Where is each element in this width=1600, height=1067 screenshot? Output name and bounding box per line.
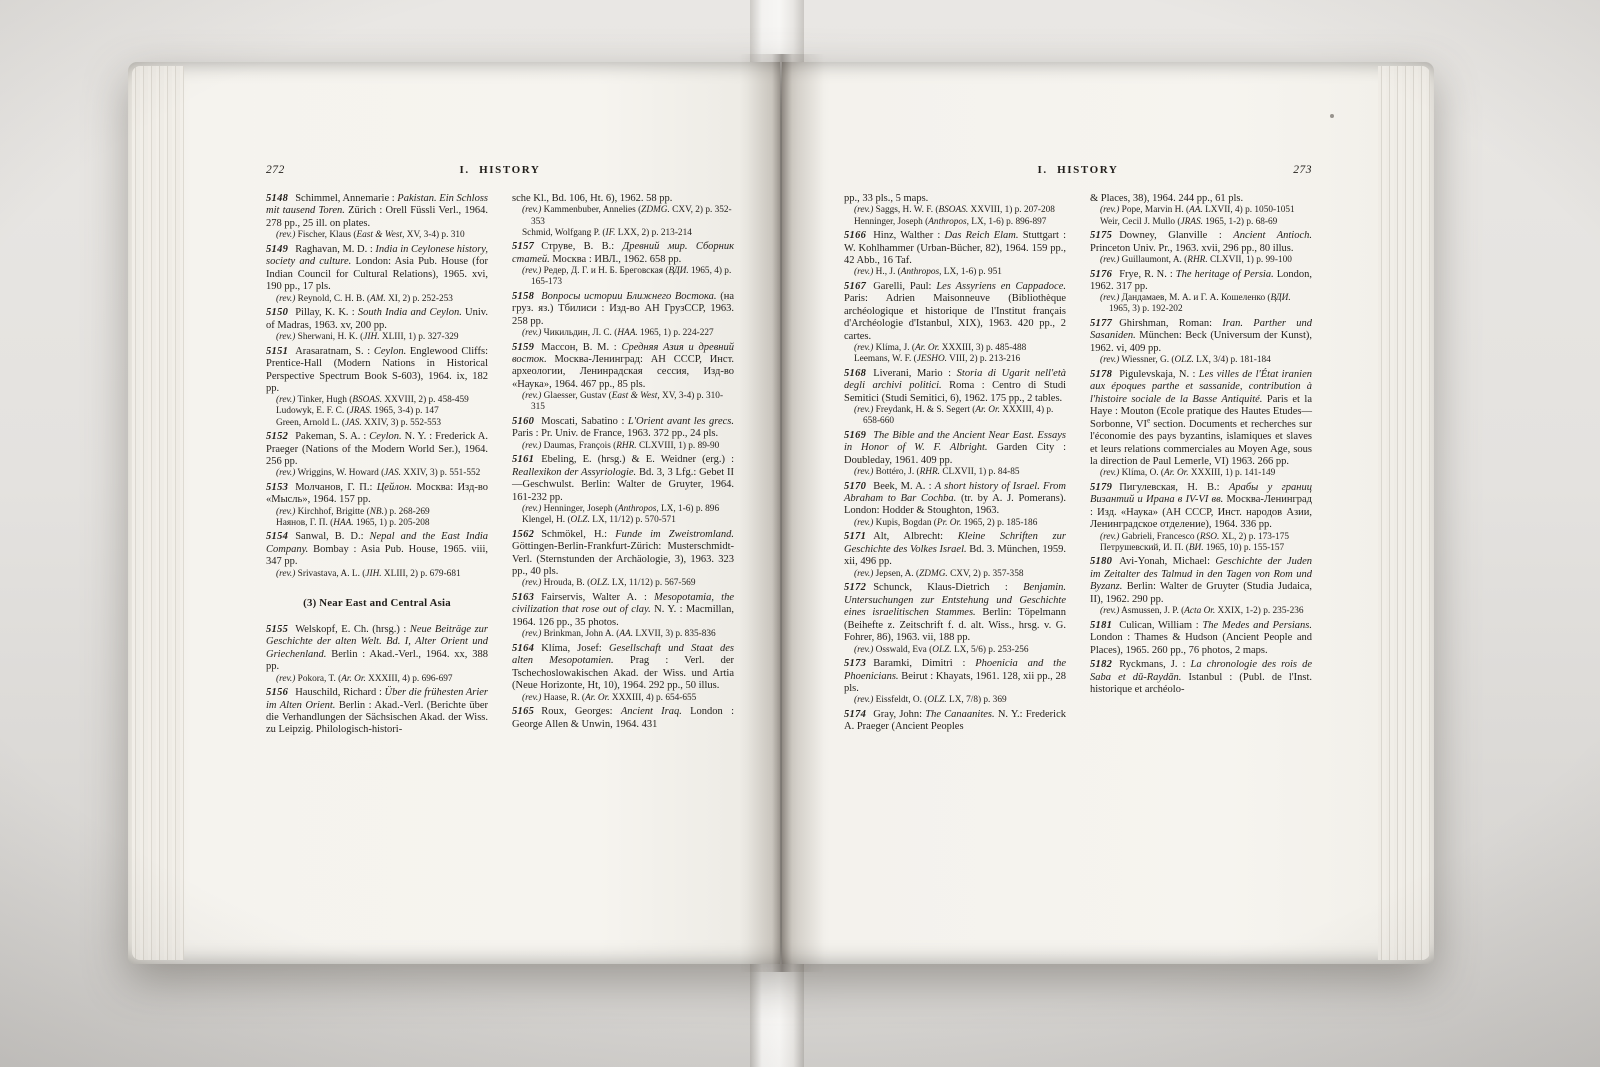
entry-body: 5172Schunck, Klaus-Dietrich : Benjamin. … <box>844 582 1066 644</box>
review-line: (rev.) Tinker, Hugh (BSOAS. XXVIII, 2) p… <box>266 395 488 406</box>
text-segment: Молчанов, Г. П.: <box>295 482 377 493</box>
entry-number: 5156 <box>266 687 288 698</box>
entry-body: 5176Frye, R. N. : The heritage of Persia… <box>1090 269 1312 294</box>
italic-text: Ancient Antioch. <box>1233 230 1312 241</box>
bibliography-entry: 5170Beek, M. A. : A short history of Isr… <box>844 481 1066 529</box>
bibliography-entry: 5165Roux, Georges: Ancient Iraq. London … <box>512 706 734 731</box>
text-segment: Wriggins, W. Howard ( <box>295 468 384 478</box>
text-segment: Массон, В. М. : <box>541 342 621 353</box>
column-272-2: sche Kl., Bd. 106, Ht. 6), 1962. 58 pp.(… <box>512 193 734 739</box>
page-272-content: 272 I. HISTORY 5148Schimmel, Annemarie :… <box>266 164 734 739</box>
text-segment: Струве, В. В.: <box>541 241 622 252</box>
entry-body: 5167Garelli, Paul: Les Assyriens en Capp… <box>844 281 1066 343</box>
text-segment: pp., 33 pls., 5 maps. <box>844 193 928 204</box>
text-segment: Sanwal, B. D.: <box>295 531 369 542</box>
entry-number: 5182 <box>1090 659 1112 670</box>
running-head-row-left: 272 I. HISTORY <box>266 164 734 176</box>
text-segment: Arasaratnam, S. : <box>295 346 374 357</box>
review-line: (rev.) Klíma, J. (Ar. Or. XXXIII, 3) p. … <box>844 343 1066 354</box>
text-segment: Jepsen, A. ( <box>873 569 919 579</box>
text-segment: Петрушевский, И. П. ( <box>1100 543 1189 553</box>
bibliography-entry: 5148Schimmel, Annemarie : Pakistan. Ein … <box>266 193 488 241</box>
text-segment: , XV, 3-4) p. 310 <box>402 230 465 240</box>
text-segment: Glaesser, Gustav ( <box>541 391 611 401</box>
italic-text: RSO. <box>1200 532 1219 542</box>
text-segment: Pigulevskaja, N. : <box>1119 369 1199 380</box>
text-segment: Schmökel, H.: <box>541 529 615 540</box>
text-segment: H., J. ( <box>873 267 900 277</box>
italic-text: ZDMG. <box>641 205 670 215</box>
text-segment: Kirchhof, Brigitte ( <box>295 507 369 517</box>
italic-text: Ar. Or. <box>585 693 610 703</box>
text-segment: 1965, 2) p. 185-186 <box>961 518 1037 528</box>
review-line: (rev.) Asmussen, J. P. (Acta Or. XXIX, 1… <box>1090 606 1312 617</box>
text-segment: Welskopf, E. Ch. (hrsg.) : <box>295 624 410 635</box>
text-segment: XXIV, 3) p. 552-553 <box>362 418 441 428</box>
review-line: (rev.) Pope, Marvin H. (AA. LXVII, 4) p.… <box>1090 205 1312 216</box>
text-segment: Hrouda, B. ( <box>541 578 590 588</box>
entry-body: 5155Welskopf, E. Ch. (hrsg.) : Neue Beit… <box>266 624 488 674</box>
italic-text: AM. <box>370 294 386 304</box>
italic-text: (rev.) <box>854 405 873 415</box>
entry-body: 5166Hinz, Walther : Das Reich Elam. Stut… <box>844 230 1066 267</box>
text-segment: Henninger, Joseph ( <box>541 504 618 514</box>
text-segment: Brinkman, John A. ( <box>541 629 619 639</box>
italic-text: RHR. <box>1187 255 1207 265</box>
text-segment: sche Kl., Bd. 106, Ht. 6), 1962. 58 pp. <box>512 193 672 204</box>
bibliography-entry: 5175Downey, Glanville : Ancient Antioch.… <box>1090 230 1312 266</box>
text-segment: Wiessner, G. ( <box>1119 355 1174 365</box>
italic-text: (rev.) <box>522 266 541 276</box>
text-segment: Roux, Georges: <box>541 706 621 717</box>
italic-text: (rev.) <box>854 343 873 353</box>
text-segment: Avi-Yonah, Michael: <box>1119 556 1215 567</box>
italic-text: OLZ. <box>590 578 609 588</box>
entry-number: 5180 <box>1090 556 1112 567</box>
text-segment: 1965, 1-2) p. 68-69 <box>1203 217 1277 227</box>
italic-text: (rev.) <box>1100 293 1119 303</box>
text-segment: Garelli, Paul: <box>873 281 936 292</box>
section-heading: (3) Near East and Central Asia <box>266 597 488 609</box>
entry-number: 5174 <box>844 709 866 720</box>
review-line: Weir, Cecil J. Mullo (JRAS. 1965, 1-2) p… <box>1090 217 1312 228</box>
entry-number: 5177 <box>1090 318 1112 329</box>
page-273: I. HISTORY 273 pp., 33 pls., 5 maps.(rev… <box>782 62 1434 964</box>
text-segment: Kupis, Bogdan ( <box>873 518 937 528</box>
review-line: Schmid, Wolfgang P. (IF. LXX, 2) p. 213-… <box>512 228 734 239</box>
review-line: (rev.) Saggs, H. W. F. (BSOAS. XXVIII, 1… <box>844 205 1066 216</box>
review-line: (rev.) Редер, Д. Г. и Н. Б. Бреговская (… <box>512 266 734 288</box>
entry-number: 5150 <box>266 307 288 318</box>
entry-body: 5159Массон, В. М. : Средняя Азия и древн… <box>512 342 734 392</box>
page-edges-left <box>132 66 184 960</box>
text-segment: XL, 2) p. 173-175 <box>1219 532 1289 542</box>
text-segment: XXIV, 3) p. 551-552 <box>401 468 480 478</box>
review-line: (rev.) Daumas, François (RHR. CLXVIII, 1… <box>512 441 734 452</box>
italic-text: Ar. Or. <box>1164 468 1189 478</box>
text-segment: LXVII, 4) p. 1050-1051 <box>1203 205 1295 215</box>
text-segment: LX, 11/12) p. 567-569 <box>610 578 696 588</box>
review-line: (rev.) Klíma, O. (Ar. Or. XXXIII, 1) p. … <box>1090 468 1312 479</box>
entry-body: 5178Pigulevskaja, N. : Les villes de l'É… <box>1090 369 1312 469</box>
page-number-left: 272 <box>266 164 336 176</box>
italic-text: JAS. <box>345 418 362 428</box>
italic-text: (rev.) <box>1100 205 1119 215</box>
review-line: Klengel, H. (OLZ. LX, 11/12) p. 570-571 <box>512 515 734 526</box>
entry-number: 5159 <box>512 342 534 353</box>
text-segment: Bottéro, J. ( <box>873 467 919 477</box>
review-line: (rev.) Glaesser, Gustav (East & West, XV… <box>512 391 734 413</box>
italic-text: (rev.) <box>276 395 295 405</box>
entry-body: 5160Moscati, Sabatino : L'Orient avant l… <box>512 416 734 441</box>
text-segment: Gabrieli, Francesco ( <box>1119 532 1200 542</box>
italic-text: Вопросы истории Ближнего Востока. <box>541 291 716 302</box>
bibliography-entry: 5174Gray, John: The Canaanites. N. Y.: F… <box>844 709 1066 734</box>
text-segment: XXXIII, 4) p. 654-655 <box>610 693 697 703</box>
text-segment: Fairservis, Walter A. : <box>541 592 654 603</box>
italic-text: ВДИ. <box>1271 293 1291 303</box>
entry-body: 5180Avi-Yonah, Michael: Geschichte der J… <box>1090 556 1312 606</box>
review-line: Leemans, W. F. (JESHO. VIII, 2) p. 213-2… <box>844 354 1066 365</box>
text-segment: Редер, Д. Г. и Н. Б. Бреговская ( <box>541 266 668 276</box>
bibliography-entry: 5158Вопросы истории Ближнего Востока. (н… <box>512 291 734 339</box>
entry-number: 5151 <box>266 346 288 357</box>
review-line: Наянов, Г. П. (НАА. 1965, 1) p. 205-208 <box>266 518 488 529</box>
italic-text: RHR. <box>920 467 940 477</box>
text-segment: Berlin: Walter de Gruyter (Studia Judaic… <box>1090 581 1312 604</box>
review-line: (rev.) Henninger, Joseph (Anthropos, LX,… <box>512 504 734 515</box>
text-segment: Beek, M. A. : <box>873 481 935 492</box>
entry-body: 5149Raghavan, M. D. : India in Ceylonese… <box>266 244 488 294</box>
review-line: (rev.) Pokora, T. (Ar. Or. XXXIII, 4) p.… <box>266 674 488 685</box>
text-segment: LX, 5/6) p. 253-256 <box>952 645 1029 655</box>
text-segment: XXXIII, 1) p. 141-149 <box>1189 468 1276 478</box>
text-segment: Fischer, Klaus ( <box>295 230 356 240</box>
text-segment: Raghavan, M. D. : <box>295 244 375 255</box>
text-segment: XXXIII, 3) p. 485-488 <box>939 343 1026 353</box>
text-segment: Hinz, Walther : <box>873 230 944 241</box>
bibliography-entry: 5150Pillay, K. K. : South India and Ceyl… <box>266 307 488 343</box>
text-segment: London : Thames & Hudson (Ancient People… <box>1090 632 1312 655</box>
bibliography-entry-continuation: & Places, 38), 1964. 244 pp., 61 pls.(re… <box>1090 193 1312 228</box>
italic-text: BSOAS. <box>938 205 968 215</box>
italic-text: (rev.) <box>276 507 295 517</box>
text-segment: Schunck, Klaus-Dietrich : <box>873 582 1023 593</box>
italic-text: Anthropos <box>618 504 656 514</box>
italic-text: AA. <box>619 629 633 639</box>
bibliography-entry: 5160Moscati, Sabatino : L'Orient avant l… <box>512 416 734 452</box>
entry-number: 5164 <box>512 643 534 654</box>
entry-number: 5154 <box>266 531 288 542</box>
italic-text: The heritage of Persia. <box>1176 269 1274 280</box>
text-segment: Downey, Glanville : <box>1119 230 1233 241</box>
bibliography-entry: 5156Hauschild, Richard : Über die frühes… <box>266 687 488 737</box>
entry-number: 5166 <box>844 230 866 241</box>
italic-text: JAS. <box>384 468 401 478</box>
bibliography-entry-continuation: pp., 33 pls., 5 maps.(rev.) Saggs, H. W.… <box>844 193 1066 228</box>
italic-text: JRAS. <box>1180 217 1202 227</box>
bibliography-entry: 5180Avi-Yonah, Michael: Geschichte der J… <box>1090 556 1312 617</box>
bibliography-entry-continuation: sche Kl., Bd. 106, Ht. 6), 1962. 58 pp.(… <box>512 193 734 239</box>
text-segment: Pokora, T. ( <box>295 674 341 684</box>
italic-text: OLZ. <box>1174 355 1193 365</box>
dust-speck <box>1330 114 1334 118</box>
entry-number: 5158 <box>512 291 534 302</box>
bibliography-entry: 5167Garelli, Paul: Les Assyriens en Capp… <box>844 281 1066 365</box>
entry-body: 5156Hauschild, Richard : Über die frühes… <box>266 687 488 737</box>
bibliography-entry: 5169The Bible and the Ancient Near East.… <box>844 430 1066 478</box>
entry-number: 5148 <box>266 193 288 204</box>
italic-text: (rev.) <box>1100 355 1119 365</box>
entry-body: 5148Schimmel, Annemarie : Pakistan. Ein … <box>266 193 488 230</box>
entry-number: 1562 <box>512 529 534 540</box>
text-segment: 1965, 1) p. 205-208 <box>354 518 430 528</box>
text-segment: XXIX, 1-2) p. 235-236 <box>1215 606 1303 616</box>
bibliography-entry: 5171Alt, Albrecht: Kleine Schriften zur … <box>844 531 1066 579</box>
italic-text: Anthropos <box>901 267 939 277</box>
text-segment: Eissfeldt, O. ( <box>873 695 927 705</box>
italic-text: The Medes and Persians. <box>1202 620 1312 631</box>
italic-text: NB. <box>370 507 384 517</box>
italic-text: Les Assyriens en Cappadoce. <box>936 281 1066 292</box>
text-segment: LX, 7/8) p. 369 <box>947 695 1007 705</box>
text-segment: , LX, 1-6) p. 951 <box>939 267 1002 277</box>
bibliography-entry: 5173Baramki, Dimitri : Phoenicia and the… <box>844 658 1066 706</box>
open-book: 272 I. HISTORY 5148Schimmel, Annemarie :… <box>128 54 1434 972</box>
entry-number: 5181 <box>1090 620 1112 631</box>
entry-number: 5160 <box>512 416 534 427</box>
text-segment: Srivastava, A. L. ( <box>295 569 365 579</box>
italic-text: Reallexikon der Assyriologie. <box>512 467 636 478</box>
bibliography-entry: 5157Струве, В. В.: Древний мир. Сборник … <box>512 241 734 288</box>
text-segment: XXVIII, 1) p. 207-208 <box>968 205 1055 215</box>
entry-body: 5181Culican, William : The Medes and Per… <box>1090 620 1312 657</box>
text-segment: Osswald, Eva ( <box>873 645 932 655</box>
italic-text: OLZ. <box>571 515 590 525</box>
text-segment: & Places, 38), 1964. 244 pp., 61 pls. <box>1090 193 1243 204</box>
text-segment: CLXVIII, 1) p. 89-90 <box>637 441 720 451</box>
text-segment: Leemans, W. F. ( <box>854 354 917 364</box>
bibliography-entry: 5176Frye, R. N. : The heritage of Persia… <box>1090 269 1312 316</box>
text-segment: Alt, Albrecht: <box>873 531 958 542</box>
italic-text: ВИ. <box>1189 543 1204 553</box>
entry-number: 5179 <box>1090 482 1112 493</box>
page-edges-right <box>1378 66 1430 960</box>
italic-text: Ar. Or. <box>341 674 366 684</box>
text-segment: Liverani, Mario : <box>873 368 956 379</box>
italic-text: Acta Or. <box>1184 606 1215 616</box>
italic-text: (rev.) <box>276 230 295 240</box>
entry-body: 5177Ghirshman, Roman: Iran. Parther und … <box>1090 318 1312 355</box>
entry-body: 5154Sanwal, B. D.: Nepal and the East In… <box>266 531 488 568</box>
text-columns-left-page: 5148Schimmel, Annemarie : Pakistan. Ein … <box>266 193 734 739</box>
text-segment: CLXVII, 1) p. 84-85 <box>940 467 1020 477</box>
text-segment: (3) Near East and Central Asia <box>303 597 451 609</box>
text-segment: Hauschild, Richard : <box>295 687 384 698</box>
italic-text: (rev.) <box>276 468 295 478</box>
italic-text: Ceylon. <box>374 346 406 357</box>
entry-body: 1562Schmökel, H.: Funde im Zweistromland… <box>512 529 734 579</box>
italic-text: (rev.) <box>276 674 295 684</box>
entry-number: 5157 <box>512 241 534 252</box>
text-segment: , LX, 1-6) p. 896 <box>656 504 719 514</box>
review-line: (rev.) H., J. (Anthropos, LX, 1-6) p. 95… <box>844 267 1066 278</box>
italic-text: The Canaanites. <box>925 709 994 720</box>
bibliography-entry: 5168Liverani, Mario : Storia di Ugarit n… <box>844 368 1066 427</box>
entry-number: 5175 <box>1090 230 1112 241</box>
italic-text: Цейлон. <box>377 482 412 493</box>
review-line: Ludowyk, E. F. C. (JRAS. 1965, 3-4) p. 1… <box>266 406 488 417</box>
italic-text: Ceylon. <box>369 431 401 442</box>
italic-text: НАА. <box>617 328 637 338</box>
review-line: (rev.) Fischer, Klaus (East & West, XV, … <box>266 230 488 241</box>
review-line: (rev.) Sherwani, H. K. (JIH. XLIII, 1) p… <box>266 332 488 343</box>
review-line: (rev.) Hrouda, B. (OLZ. LX, 11/12) p. 56… <box>512 578 734 589</box>
entry-number: 5176 <box>1090 269 1112 280</box>
text-segment: 1965, 3) p. 192-202 <box>1109 304 1183 314</box>
italic-text: (rev.) <box>276 294 295 304</box>
review-line: (rev.) Guillaumont, A. (RHR. CLXVII, 1) … <box>1090 255 1312 266</box>
photo-backdrop: 272 I. HISTORY 5148Schimmel, Annemarie :… <box>0 0 1600 1067</box>
text-segment: XLIII, 1) p. 327-329 <box>380 332 459 342</box>
bibliography-entry: 5153Молчанов, Г. П.: Цейлон. Москва: Изд… <box>266 482 488 529</box>
entry-number: 5170 <box>844 481 866 492</box>
text-segment: Weir, Cecil J. Mullo ( <box>1100 217 1180 227</box>
page-number-right: 273 <box>1242 164 1312 176</box>
text-segment: Schmid, Wolfgang P. ( <box>522 228 606 238</box>
italic-text: (rev.) <box>854 267 873 277</box>
entry-body: 5173Baramki, Dimitri : Phoenicia and the… <box>844 658 1066 695</box>
italic-text: OLZ. <box>927 695 946 705</box>
entry-body: 5168Liverani, Mario : Storia di Ugarit n… <box>844 368 1066 405</box>
text-segment: CLXVII, 1) p. 99-100 <box>1208 255 1292 265</box>
text-segment: Tinker, Hugh ( <box>295 395 352 405</box>
italic-text: JIH. <box>363 332 379 342</box>
review-line: (rev.) Jepsen, A. (ZDMG. CXV, 2) p. 357-… <box>844 569 1066 580</box>
italic-text: (rev.) <box>854 645 873 655</box>
bibliography-entry: 5164Klíma, Josef: Gesellschaft und Staat… <box>512 643 734 704</box>
text-segment: XXXIII, 4) p. 696-697 <box>366 674 453 684</box>
italic-text: (rev.) <box>854 569 873 579</box>
bibliography-entry: 5152Pakeman, S. A. : Ceylon. N. Y. : Fre… <box>266 431 488 479</box>
review-line: (rev.) Wiessner, G. (OLZ. LX, 3/4) p. 18… <box>1090 355 1312 366</box>
review-line: Henninger, Joseph (Anthropos, LX, 1-6) p… <box>844 217 1066 228</box>
text-segment: XI, 2) p. 252-253 <box>386 294 453 304</box>
column-273-1: pp., 33 pls., 5 maps.(rev.) Saggs, H. W.… <box>844 193 1066 736</box>
entry-body: 5169The Bible and the Ancient Near East.… <box>844 430 1066 467</box>
review-line: (rev.) Чикильдин, Л. С. (НАА. 1965, 1) p… <box>512 328 734 339</box>
text-segment: Klíma, J. ( <box>873 343 915 353</box>
italic-text: Anthropos <box>928 217 966 227</box>
text-segment: Ryckmans, J. : <box>1119 659 1190 670</box>
text-segment: Klíma, O. ( <box>1119 468 1164 478</box>
text-segment: Pakeman, S. A. : <box>295 431 369 442</box>
text-segment: Reynold, C. H. B. ( <box>295 294 370 304</box>
review-line: (rev.) Дандамаев, М. А. и Г. А. Кошеленк… <box>1090 293 1312 315</box>
entry-number: 5163 <box>512 592 534 603</box>
text-segment: , LX, 1-6) p. 896-897 <box>967 217 1047 227</box>
bibliography-entry: 5161Ebeling, E. (hrsg.) & E. Weidner (er… <box>512 454 734 526</box>
review-line: (rev.) Kupis, Bogdan (Pr. Or. 1965, 2) p… <box>844 518 1066 529</box>
italic-text: Ancient Iraq. <box>621 706 682 717</box>
italic-text: East & West <box>356 230 402 240</box>
bibliography-entry: 5151Arasaratnam, S. : Ceylon. Englewood … <box>266 346 488 429</box>
running-head-row-right: I. HISTORY 273 <box>844 164 1312 176</box>
review-line: (rev.) Srivastava, A. L. (JIH. XLIII, 2)… <box>266 569 488 580</box>
bibliography-entry: 5177Ghirshman, Roman: Iran. Parther und … <box>1090 318 1312 366</box>
entry-body: 5165Roux, Georges: Ancient Iraq. London … <box>512 706 734 731</box>
bibliography-entry: 1562Schmökel, H.: Funde im Zweistromland… <box>512 529 734 590</box>
entry-number: 5167 <box>844 281 866 292</box>
text-segment: Guillaumont, A. ( <box>1119 255 1187 265</box>
text-segment: Дандамаев, М. А. и Г. А. Кошеленко ( <box>1119 293 1270 303</box>
entry-body: 5171Alt, Albrecht: Kleine Schriften zur … <box>844 531 1066 568</box>
text-segment: Moscati, Sabatino : <box>541 416 628 427</box>
text-segment: Schimmel, Annemarie : <box>295 193 397 204</box>
text-segment: 1965, 10) p. 155-157 <box>1204 543 1285 553</box>
entry-number: 5155 <box>266 624 288 635</box>
italic-text: AA. <box>1189 205 1203 215</box>
entry-number: 5173 <box>844 658 866 669</box>
italic-text: (rev.) <box>854 205 873 215</box>
running-head-title-left: I. HISTORY <box>336 164 664 176</box>
entry-number: 5178 <box>1090 369 1112 380</box>
text-segment: Пигулевская, Н. В.: <box>1119 482 1229 493</box>
review-line: (rev.) Gabrieli, Francesco (RSO. XL, 2) … <box>1090 532 1312 543</box>
italic-text: (rev.) <box>276 332 295 342</box>
entry-body: 5152Pakeman, S. A. : Ceylon. N. Y. : Fre… <box>266 431 488 468</box>
italic-text: (rev.) <box>522 441 541 451</box>
review-line: (rev.) Freydank, H. & S. Segert (Ar. Or.… <box>844 405 1066 427</box>
bibliography-entry: 5172Schunck, Klaus-Dietrich : Benjamin. … <box>844 582 1066 655</box>
text-segment: Наянов, Г. П. ( <box>276 518 333 528</box>
italic-text: (rev.) <box>1100 255 1119 265</box>
italic-text: (rev.) <box>276 569 295 579</box>
italic-text: Pr. Or. <box>937 518 962 528</box>
italic-text: L'Orient avant les grecs. <box>628 416 734 427</box>
italic-text: (rev.) <box>1100 606 1119 616</box>
text-segment: 1965, 3-4) p. 147 <box>372 406 439 416</box>
entry-number: 5165 <box>512 706 534 717</box>
italic-text: RHR. <box>616 441 636 451</box>
text-segment: Gray, John: <box>873 709 925 720</box>
italic-text: (rev.) <box>522 504 541 514</box>
italic-text: JRAS. <box>350 406 372 416</box>
bibliography-entry: 5159Массон, В. М. : Средняя Азия и древн… <box>512 342 734 414</box>
italic-text: Ar. Or. <box>975 405 1000 415</box>
italic-text: ZDMG. <box>919 569 948 579</box>
text-segment: Henninger, Joseph ( <box>854 217 928 227</box>
text-segment: LX, 11/12) p. 570-571 <box>590 515 676 525</box>
entry-body: 5161Ebeling, E. (hrsg.) & E. Weidner (er… <box>512 454 734 504</box>
entry-body: 5174Gray, John: The Canaanites. N. Y.: F… <box>844 709 1066 734</box>
text-segment: Green, Arnold L. ( <box>276 418 345 428</box>
bibliography-entry: 5155Welskopf, E. Ch. (hrsg.) : Neue Beit… <box>266 624 488 685</box>
text-segment: CXV, 2) p. 357-358 <box>948 569 1024 579</box>
entry-body: 5150Pillay, K. K. : South India and Ceyl… <box>266 307 488 332</box>
italic-text: South India and Ceylon. <box>358 307 462 318</box>
italic-text: (rev.) <box>1100 468 1119 478</box>
italic-text: Ar. Or. <box>915 343 940 353</box>
italic-text: IF. <box>606 228 616 238</box>
bibliography-entry: 5182Ryckmans, J. : La chronologie des ro… <box>1090 659 1312 696</box>
text-segment: ) p. 268-269 <box>384 507 430 517</box>
bibliography-entry: 5178Pigulevskaja, N. : Les villes de l'É… <box>1090 369 1312 480</box>
italic-text: НАА. <box>333 518 353 528</box>
text-segment: LXVII, 3) p. 835-836 <box>633 629 716 639</box>
italic-text: (rev.) <box>522 328 541 338</box>
entry-number: 5153 <box>266 482 288 493</box>
